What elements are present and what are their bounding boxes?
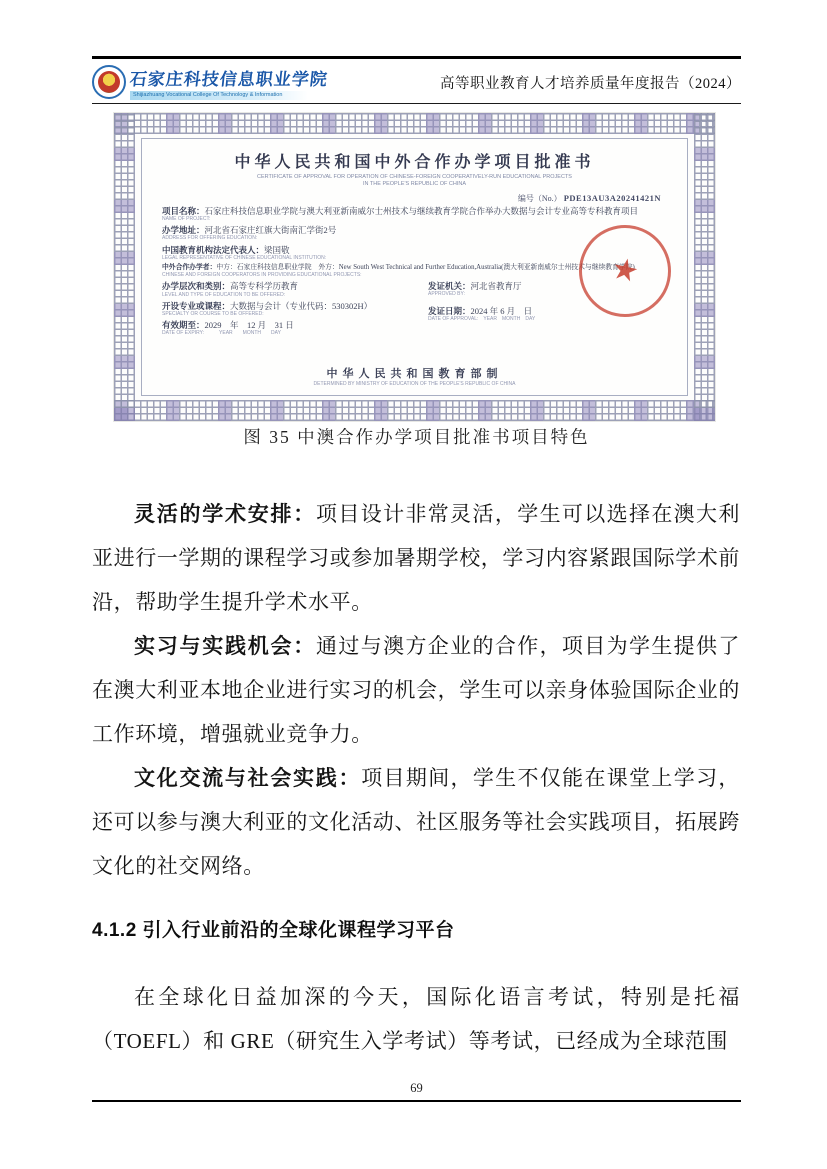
certificate-body: 中华人民共和国中外合作办学项目批准书 CERTIFICATE OF APPROV… bbox=[141, 138, 688, 396]
paragraph-global-exams: 在全球化日益加深的今天，国际化语言考试，特别是托福（TOEFL）和 GRE（研究… bbox=[92, 975, 740, 1063]
certificate-serial: 编号（No.） PDE13AU3A20241421N bbox=[162, 193, 661, 204]
cert-field-issue-date: 发证日期：2024 年 6 月 日 DATE OF APPROVAL: YEAR… bbox=[428, 306, 663, 322]
section-heading-412: 4.1.2 引入行业前沿的全球化课程学习平台 bbox=[92, 915, 740, 942]
page-footer: 69 bbox=[92, 1079, 741, 1102]
report-title: 高等职业教育人才培养质量年度报告（2024） bbox=[440, 72, 741, 93]
certificate-made-by: 中华人民共和国教育部制 DETERMINED BY MINISTRY OF ED… bbox=[142, 365, 687, 387]
fret-border-left bbox=[114, 113, 135, 421]
certificate-title: 中华人民共和国中外合作办学项目批准书 bbox=[162, 149, 667, 172]
header-bottom-rule bbox=[92, 103, 741, 104]
serial-number: PDE13AU3A20241421N bbox=[564, 193, 661, 203]
cert-field-legal-representative: 中国教育机构法定代表人：梁国敬 LEGAL REPRESENTATIVE OF … bbox=[162, 245, 667, 261]
emblem-core-icon bbox=[98, 71, 120, 93]
paragraph-flexible-academics: 灵活的学术安排：项目设计非常灵活，学生可以选择在澳大利亚进行一学期的课程学习或参… bbox=[92, 492, 740, 624]
cert-field-address: 办学地址：河北省石家庄红旗大街南汇学街2号 ADDRESS FOR OFFERI… bbox=[162, 225, 667, 241]
document-page: 石家庄科技信息职业学院 Shijiazhuang Vocational Coll… bbox=[0, 0, 827, 1169]
logo-text: 石家庄科技信息职业学院 Shijiazhuang Vocational Coll… bbox=[130, 65, 328, 100]
fret-border-top bbox=[114, 113, 715, 134]
serial-label: 编号（No.） bbox=[518, 194, 562, 203]
certificate-subtitle-line1: CERTIFICATE OF APPROVAL FOR OPERATION OF… bbox=[162, 174, 667, 181]
page-header: 石家庄科技信息职业学院 Shijiazhuang Vocational Coll… bbox=[92, 62, 741, 102]
body-text: 灵活的学术安排：项目设计非常灵活，学生可以选择在澳大利亚进行一学期的课程学习或参… bbox=[92, 492, 740, 1063]
figure-caption: 图 35 中澳合作办学项目批准书项目特色 bbox=[92, 424, 741, 449]
paragraph3-lead: 文化交流与社会实践： bbox=[134, 766, 361, 790]
fret-border-bottom bbox=[114, 400, 715, 421]
paragraph1-lead: 灵活的学术安排： bbox=[134, 502, 316, 526]
header-top-rule bbox=[92, 56, 741, 59]
cert-field-cooperators: 中外合作办学者：中方：石家庄科技信息职业学院 外方：New South West… bbox=[162, 264, 667, 278]
certificate-image: 中华人民共和国中外合作办学项目批准书 CERTIFICATE OF APPROV… bbox=[114, 113, 715, 421]
college-emblem-icon bbox=[92, 65, 126, 99]
paragraph-cultural-exchange: 文化交流与社会实践：项目期间，学生不仅能在课堂上学习，还可以参与澳大利亚的文化活… bbox=[92, 756, 740, 888]
certificate-subtitle-en: CERTIFICATE OF APPROVAL FOR OPERATION OF… bbox=[162, 174, 667, 189]
paragraph-internship: 实习与实践机会：通过与澳方企业的合作，项目为学生提供了在澳大利亚本地企业进行实习… bbox=[92, 624, 740, 756]
cert-field-issuer: 发证机关：河北省教育厅 APPROVED BY: bbox=[428, 281, 663, 297]
certificate-subtitle-line2: IN THE PEOPLE'S REPUBLIC OF CHINA bbox=[162, 181, 667, 188]
college-name-en: Shijiazhuang Vocational College Of Techn… bbox=[130, 91, 308, 100]
fret-border-right bbox=[694, 113, 715, 421]
issuance-block: 发证机关：河北省教育厅 APPROVED BY: 发证日期：2024 年 6 月… bbox=[428, 281, 663, 331]
page-number: 69 bbox=[410, 1081, 423, 1095]
footer-rule bbox=[92, 1100, 741, 1102]
cert-field-project-name: 项目名称：石家庄科技信息职业学院与澳大利亚新南威尔士州技术与继续教育学院合作举办… bbox=[162, 206, 667, 222]
college-name: 石家庄科技信息职业学院 bbox=[129, 65, 330, 90]
college-logo: 石家庄科技信息职业学院 Shijiazhuang Vocational Coll… bbox=[92, 65, 328, 100]
paragraph2-lead: 实习与实践机会： bbox=[134, 634, 316, 658]
